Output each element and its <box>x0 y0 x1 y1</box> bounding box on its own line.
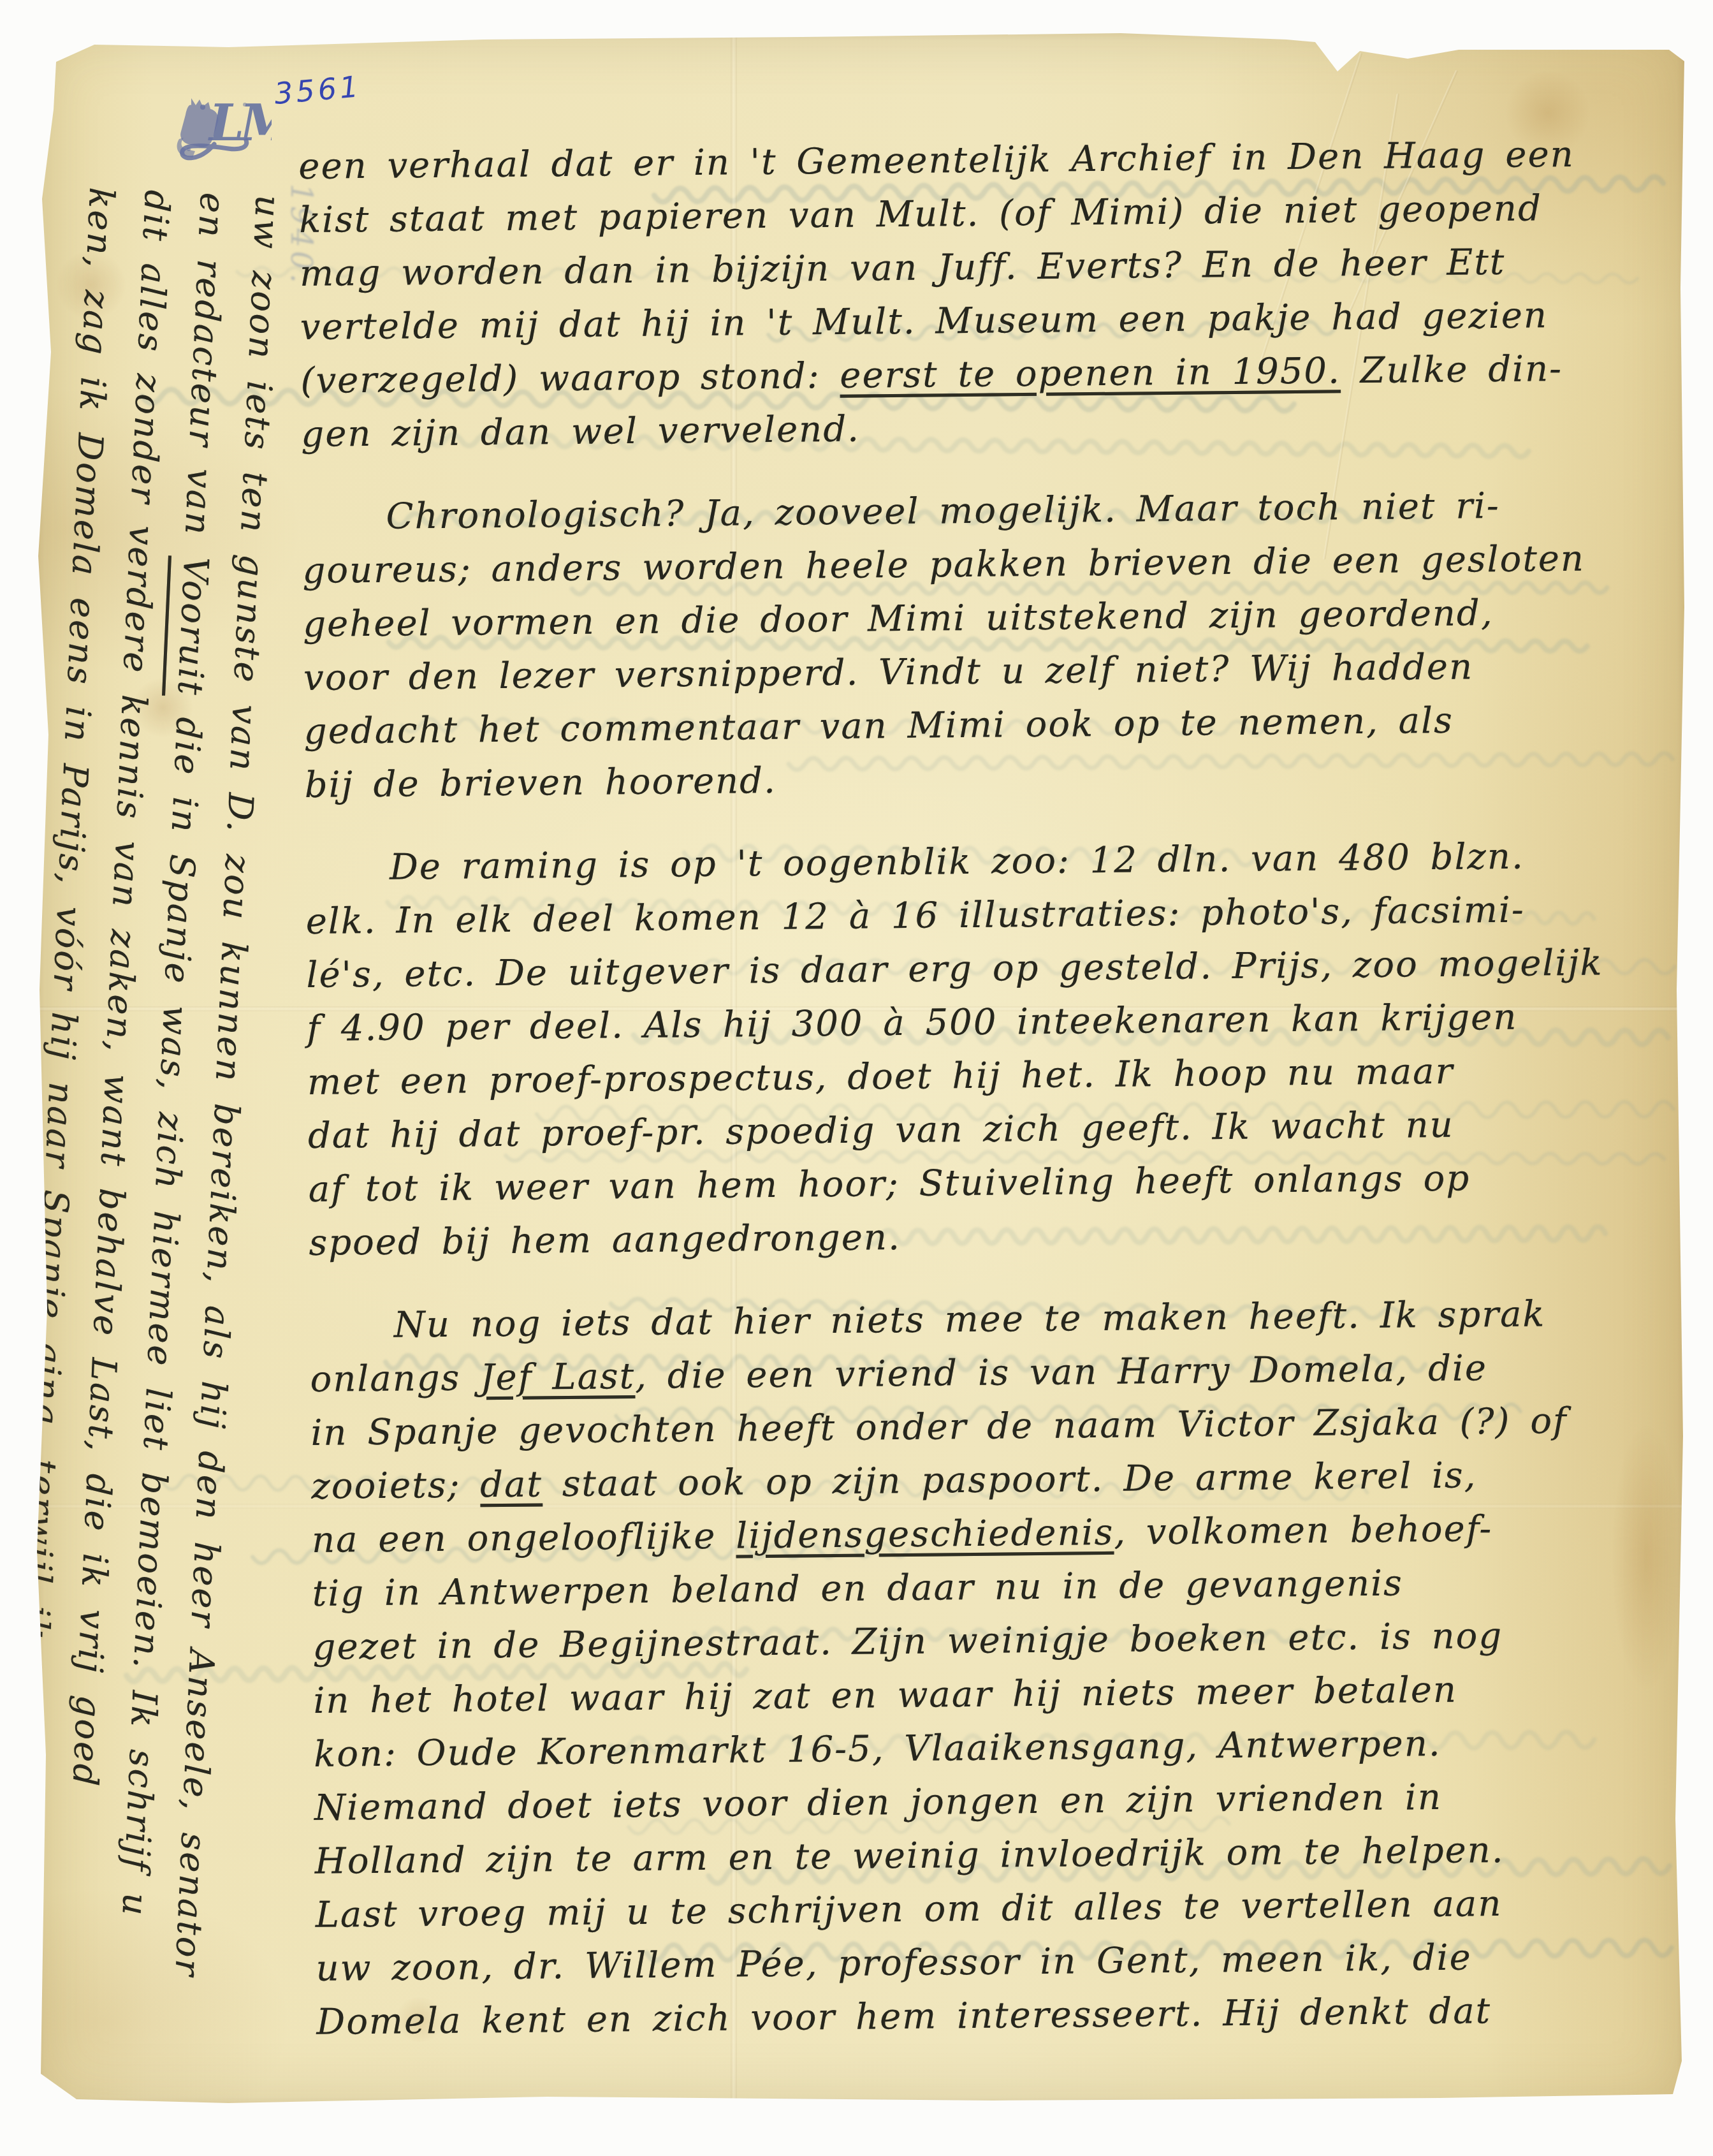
text-segment: uw zoon, dr. Willem Pée, professor in Ge… <box>316 1937 1472 1989</box>
text-segment: tig in Antwerpen beland en daar nu in de… <box>312 1562 1404 1614</box>
underlined-phrase: Jef Last <box>480 1356 636 1398</box>
letter-body: een verhaal dat er in 't Gemeentelijk Ar… <box>298 127 1700 2050</box>
underlined-phrase: eerst te openen in 1950. <box>840 350 1341 397</box>
stamp-monogram: LM <box>208 94 272 152</box>
underlined-phrase: Vooruit <box>170 556 216 698</box>
text-segment: kon: Oude Korenmarkt 16-5, Vlaaikensgang… <box>314 1723 1441 1775</box>
text-segment: af tot ik weer van hem hoor; Stuiveling … <box>308 1157 1470 1210</box>
text-segment: mag worden dan in bijzijn van Juff. Ever… <box>300 242 1506 295</box>
letter-paragraph: een verhaal dat er in 't Gemeentelijk Ar… <box>298 127 1685 462</box>
text-segment: , die een vriend is van Harry Domela, di… <box>635 1347 1487 1397</box>
underlined-phrase: dat <box>480 1463 543 1506</box>
text-segment: in het hotel waar hij zat en waar hij ni… <box>313 1669 1457 1722</box>
text-segment: onlangs <box>310 1357 480 1400</box>
text-segment: elk. In elk deel komen 12 à 16 illustrat… <box>305 890 1525 942</box>
letter-paragraph: Chronologisch? Ja, zooveel mogelijk. Maa… <box>302 478 1688 812</box>
archive-stamp: LM <box>170 88 272 165</box>
text-segment: Last vroeg mij u te schrijven om dit all… <box>315 1883 1502 1936</box>
text-segment: kist staat met papieren van Mult. (of Mi… <box>299 187 1542 241</box>
text-segment: Domela kent en zich voor hem interesseer… <box>316 1990 1491 2043</box>
text-segment: (verzegeld) waarop stond: <box>300 355 840 402</box>
text-segment: voor den lezer versnipperd. Vindt u zelf… <box>303 646 1474 699</box>
text-segment: , volkomen behoef- <box>1114 1508 1493 1553</box>
text-segment: Zulke din- <box>1340 348 1563 392</box>
text-segment: goureus; anders worden heele pakken brie… <box>302 538 1585 592</box>
text-segment: Holland zijn te arm en te weinig invloed… <box>315 1830 1505 1882</box>
text-segment: Nu nog iets dat hier niets mee te maken … <box>394 1293 1546 1346</box>
text-segment: lé's, etc. De uitgever is daar erg op ge… <box>306 942 1603 996</box>
text-segment: met een proef-prospectus, doet hij het. … <box>307 1051 1454 1103</box>
underlined-phrase: lijdensgeschiedenis <box>736 1512 1114 1557</box>
letter-paper-sheet: 1940. LM 3561 een verhaal dat er in 't G… <box>37 33 1684 2104</box>
margin-note: uw zoon iets ten gunste van D. zou kunne… <box>0 186 296 2082</box>
text-segment: vertelde mij dat hij in 't Mult. Museum … <box>300 295 1549 348</box>
text-segment: gen zijn dan wel vervelend. <box>301 409 860 455</box>
text-segment: f 4.90 per deel. Als hij 300 à 500 intee… <box>307 997 1518 1050</box>
text-segment: Chronologisch? Ja, zooveel mogelijk. Maa… <box>386 485 1500 538</box>
text-segment: De raming is op 't oogenblik zoo: 12 dln… <box>390 836 1524 888</box>
archive-number: 3561 <box>273 69 363 111</box>
text-segment: bij de brieven hoorend. <box>304 760 776 806</box>
text-segment: een verhaal dat er in 't Gemeentelijk Ar… <box>298 134 1575 187</box>
text-segment: in Spanje gevochten heeft onder de naam … <box>310 1400 1568 1454</box>
text-segment: gedacht het commentaar van Mimi ook op t… <box>304 700 1454 752</box>
text-segment: en redacteur van <box>176 192 233 558</box>
text-segment: spoed bij hem aangedrongen. <box>309 1217 901 1264</box>
text-segment: gezet in de Begijnestraat. Zijn weinigje… <box>312 1615 1503 1668</box>
letter-paragraph: Nu nog iets dat hier niets mee te maken … <box>309 1286 1700 2050</box>
text-segment: geheel vormen en die door Mimi uitsteken… <box>303 592 1494 645</box>
text-segment: na een ongelooflijke <box>312 1516 736 1561</box>
scanned-letter-page: { "page": { "width": 2687, "height": 338… <box>0 0 1713 2156</box>
text-segment: Niemand doet iets voor dien jongen en zi… <box>314 1777 1442 1829</box>
text-segment: zooiets; <box>311 1464 481 1507</box>
letter-paragraph: De raming is op 't oogenblik zoo: 12 dln… <box>305 828 1693 1270</box>
text-segment: dat hij dat proef-pr. spoedig van zich g… <box>308 1104 1454 1157</box>
text-segment: staat ook op zijn paspoort. De arme kere… <box>543 1455 1477 1505</box>
